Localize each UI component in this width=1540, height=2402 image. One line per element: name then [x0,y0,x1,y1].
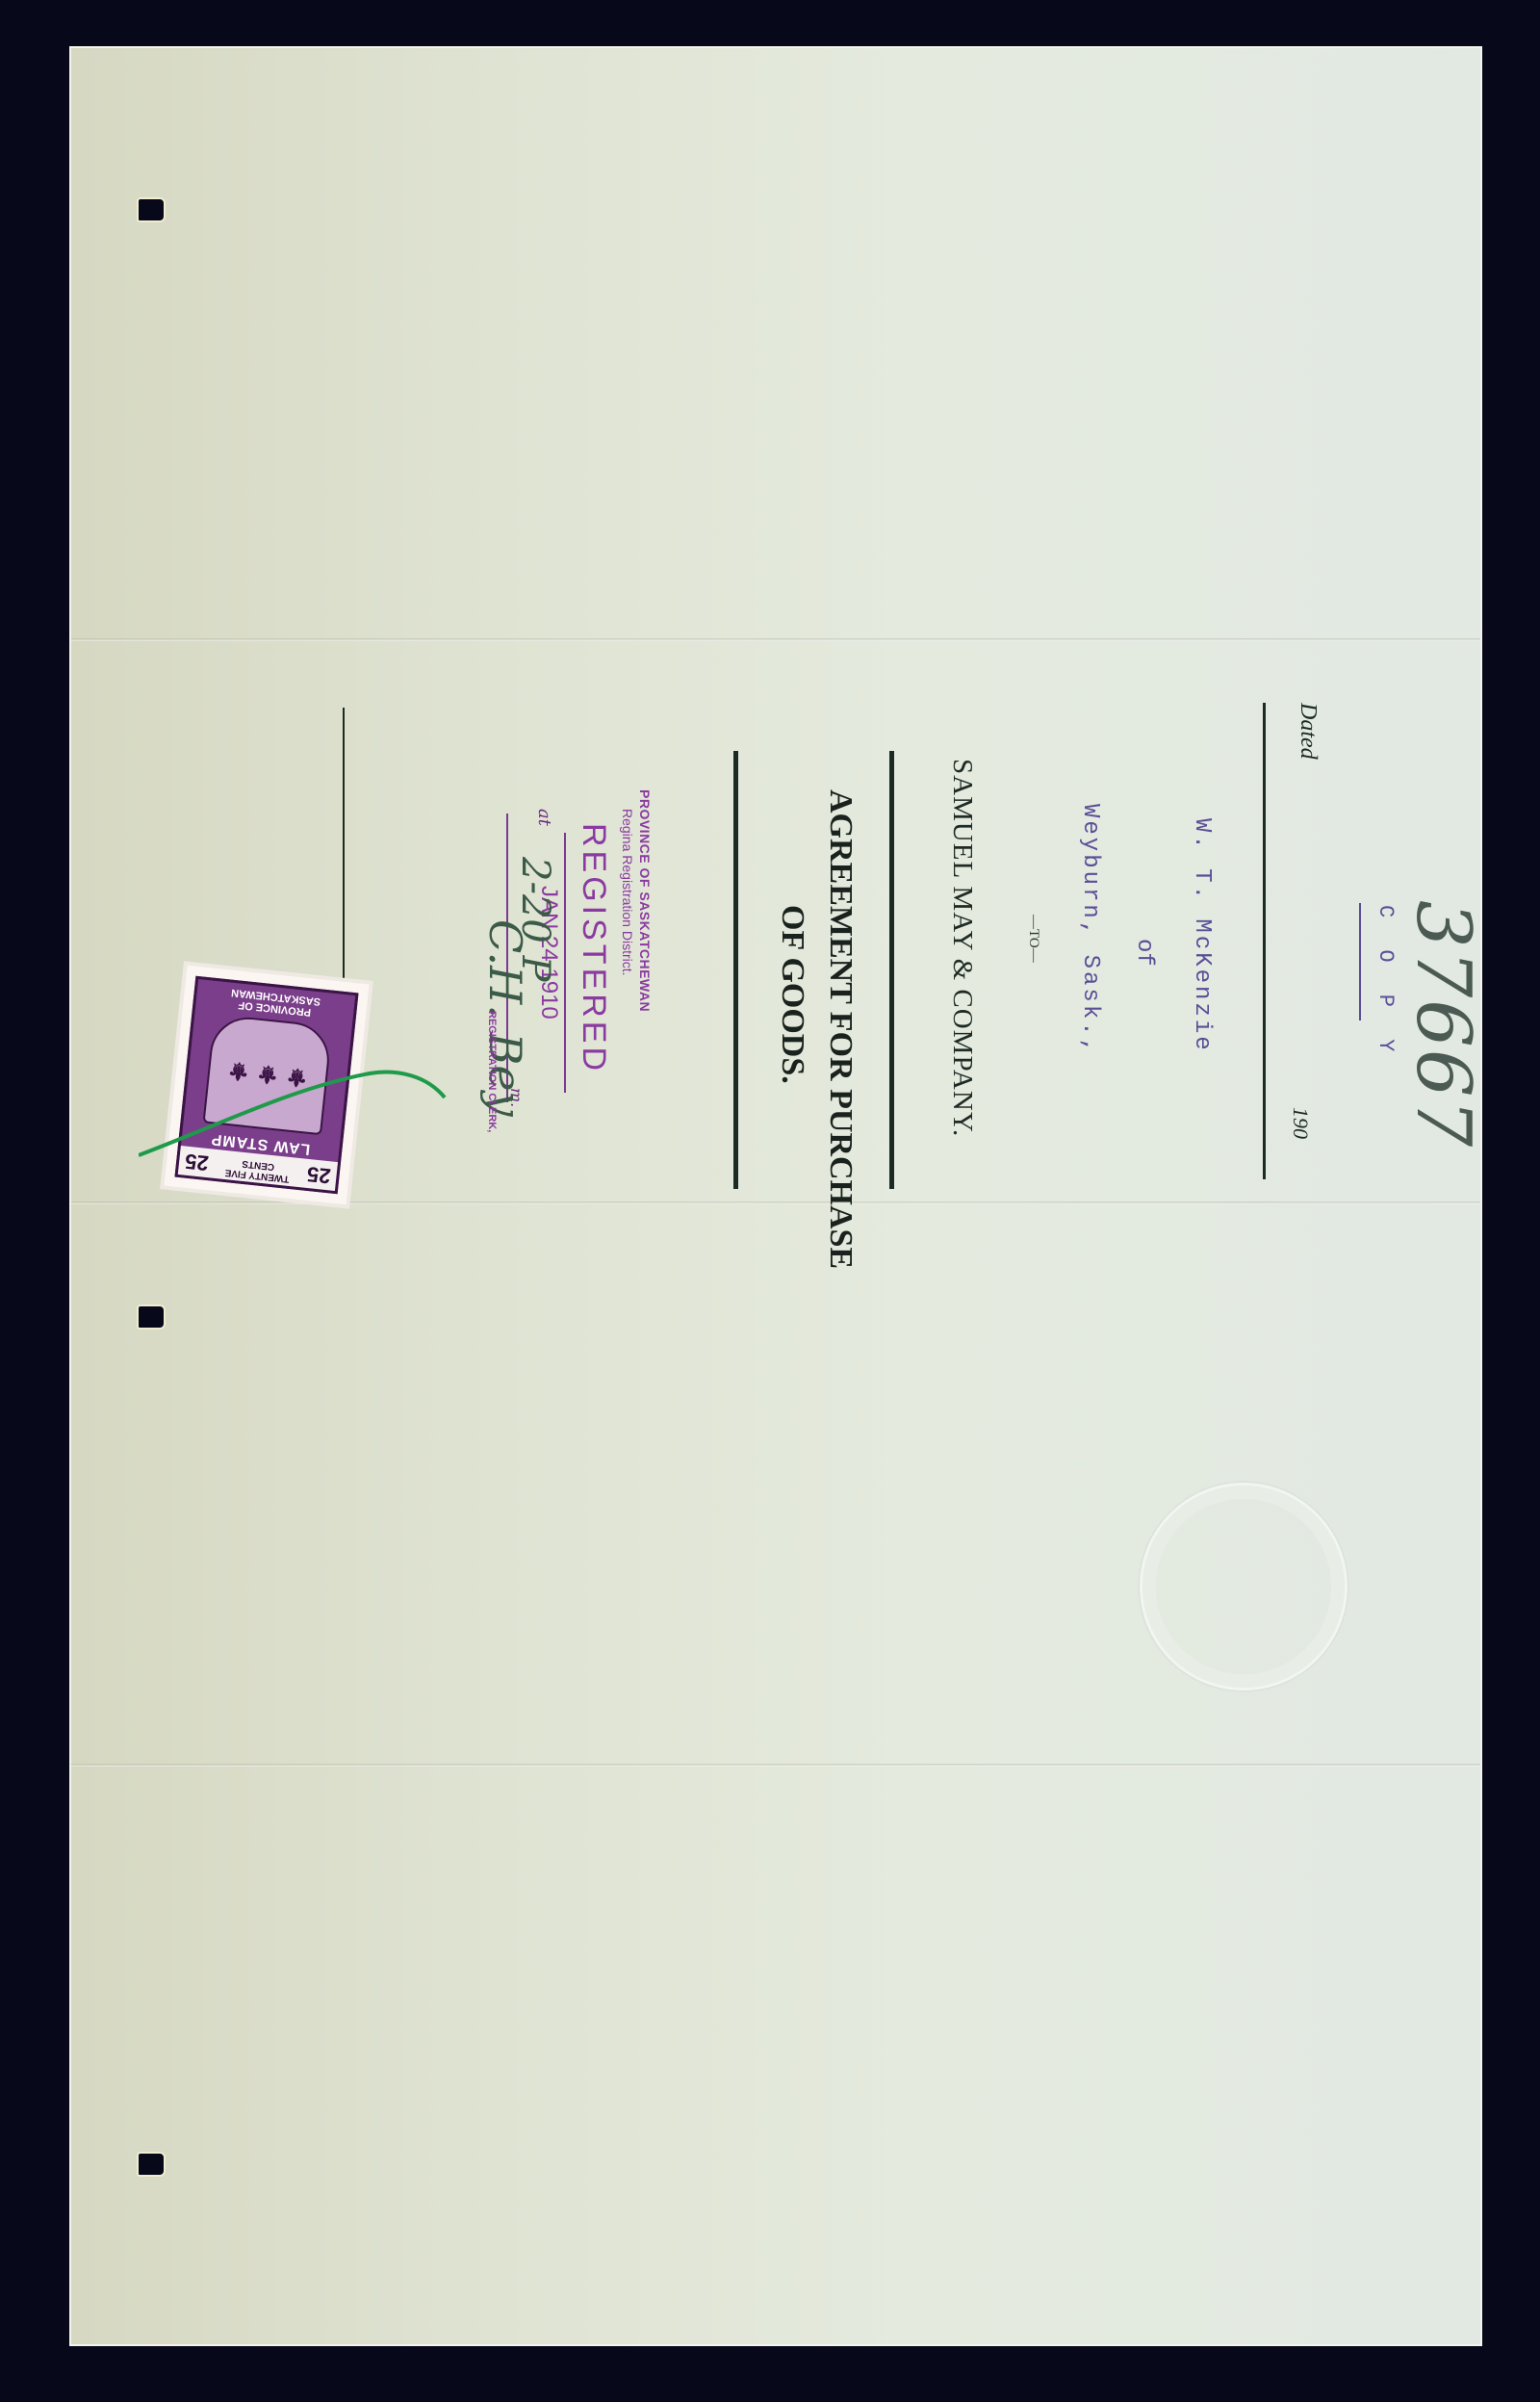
fold-line [71,1764,1480,1767]
punch-hole-icon [137,1304,166,1330]
reg-time-rule [564,833,566,1093]
reg-at-label: at [534,809,554,826]
handwritten-number: 37667 [1399,900,1486,1149]
stamp-value: 25 [306,1161,332,1188]
embossed-seal-icon [1140,1483,1347,1691]
reg-district: Regina Registration District. [620,809,635,976]
title-line-2: OF GOODS. [774,905,810,1084]
party-from-name: W. T. McKenzie [1189,818,1215,1053]
punch-hole-icon [137,197,166,222]
title-rule-right [889,751,894,1189]
dated-rule [1263,703,1266,1179]
year-prefix: 190 [1288,1107,1313,1139]
reg-status: REGISTERED [575,823,612,1074]
reg-clerk-label: REGISTRATION CLERK, [486,1011,498,1132]
dated-label: Dated [1295,703,1321,760]
fold-line [71,1201,1480,1204]
party-from-of: of [1131,939,1157,967]
reg-province: PROVINCE OF SASKATCHEWAN [637,789,653,1012]
title-rule-left [733,751,738,1189]
document-paper: Dated 190 C O P Y 37667 W. T. McKenzie o… [69,46,1482,2346]
title-line-1: AGREEMENT FOR PURCHASE [822,789,859,1269]
fold-line [71,638,1480,641]
stamp-issuer: PROVINCE OF SASKATCHEWAN [195,983,355,1022]
cancellation-stroke-icon [139,1059,447,1165]
to-separator: —TO— [1025,915,1041,963]
party-from-place: Weyburn, Sask., [1077,804,1103,1055]
punch-hole-icon [137,2152,166,2177]
copy-mark: C O P Y [1373,905,1398,1061]
party-to-name: SAMUEL MAY & COMPANY. [946,759,978,1137]
copy-underline [1359,903,1361,1020]
